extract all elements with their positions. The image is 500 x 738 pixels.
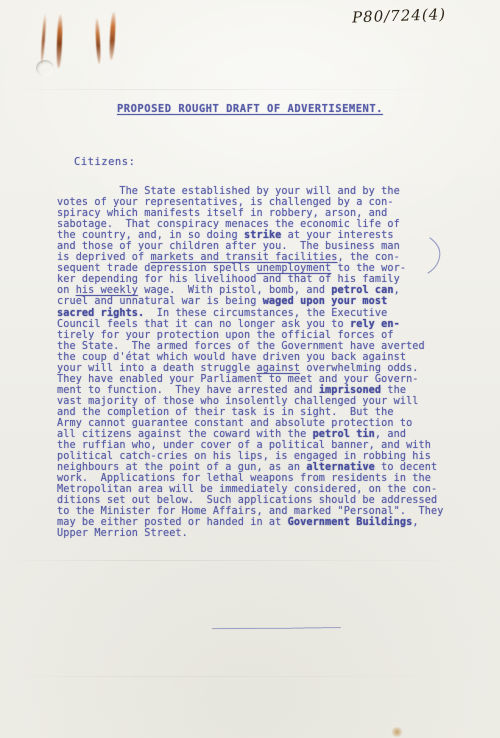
body-line: the State. The armed forces of the Gover… [57,341,467,352]
rust-stain [56,14,63,68]
body-line: Army cannot guarantee constant and absol… [57,418,467,429]
body-line: tirely for your protection upon the offi… [57,330,467,341]
handwritten-reference-number: P80/724(4) [352,4,493,27]
document-title: PROPOSED ROUGHT DRAFT OF ADVERTISEMENT. [0,103,500,115]
body-line: sabotage. That conspiracy menaces the ec… [57,219,467,230]
body-line: is deprived of markets and transit facil… [57,252,467,263]
body-line: ker depending for his livelihood and tha… [57,274,467,285]
body-line: cruel and unnatural war is being waged u… [57,296,467,307]
body-line: Metropolitan area will be immediately co… [57,484,467,495]
body-line: sacred rights. In these circumstances, t… [57,308,467,319]
body-line: votes of your representatives, is challe… [57,197,467,208]
body-line: spiracy which manifests itself in robber… [57,208,467,219]
paper-crease [0,560,500,561]
body-line: may be either posted or handed in at Gov… [57,517,467,528]
salutation: Citizens: [74,156,135,168]
body-line: ment to function. They have arrested and… [57,385,467,396]
paper-crease [0,89,500,90]
body-line: on his weekly wage. With pistol, bomb, a… [57,285,467,296]
handwritten-paren-mark [424,236,450,276]
rust-stain [95,18,101,64]
body-line: the ruffian who, under cover of a politi… [57,440,467,451]
body-line: and the completion of their task is in s… [57,407,467,418]
body-line: ditions set out below. Such applications… [57,495,467,506]
document-body: The State established by your will and b… [57,186,467,540]
paper-stain [391,727,403,737]
typed-divider-line: _____________________ [212,618,342,630]
body-line: and those of your children after you. Th… [57,241,467,252]
body-line: vast majority of those who insolently ch… [57,396,467,407]
body-line: all citizens against the coward with the… [57,429,467,440]
body-line: to the Minister for Home Affairs, and ma… [57,506,467,517]
body-line: the country, and, in so doing strike at … [57,230,467,241]
body-line: They have enabled your Parliament to mee… [57,374,467,385]
body-line: neighbours at the point of a gun, as an … [57,462,467,473]
rust-stain [109,12,117,60]
body-line: sequent trade depression spells unemploy… [57,263,467,274]
body-line: Upper Merrion Street. [57,528,467,539]
body-line: your will into a death struggle against … [57,363,467,374]
body-line: the coup d'état which would have driven … [57,352,467,363]
rust-stain [40,13,46,63]
scanned-document-page: P80/724(4) PROPOSED ROUGHT DRAFT OF ADVE… [0,0,500,738]
body-line: political catch-cries on his lips, is en… [57,451,467,462]
body-line: work. Applications for lethal weapons fr… [57,473,467,484]
body-line: The State established by your will and b… [57,186,467,197]
paper-crease [0,676,500,677]
punch-indent [36,60,54,76]
body-line: Council feels that it can no longer ask … [57,319,467,330]
